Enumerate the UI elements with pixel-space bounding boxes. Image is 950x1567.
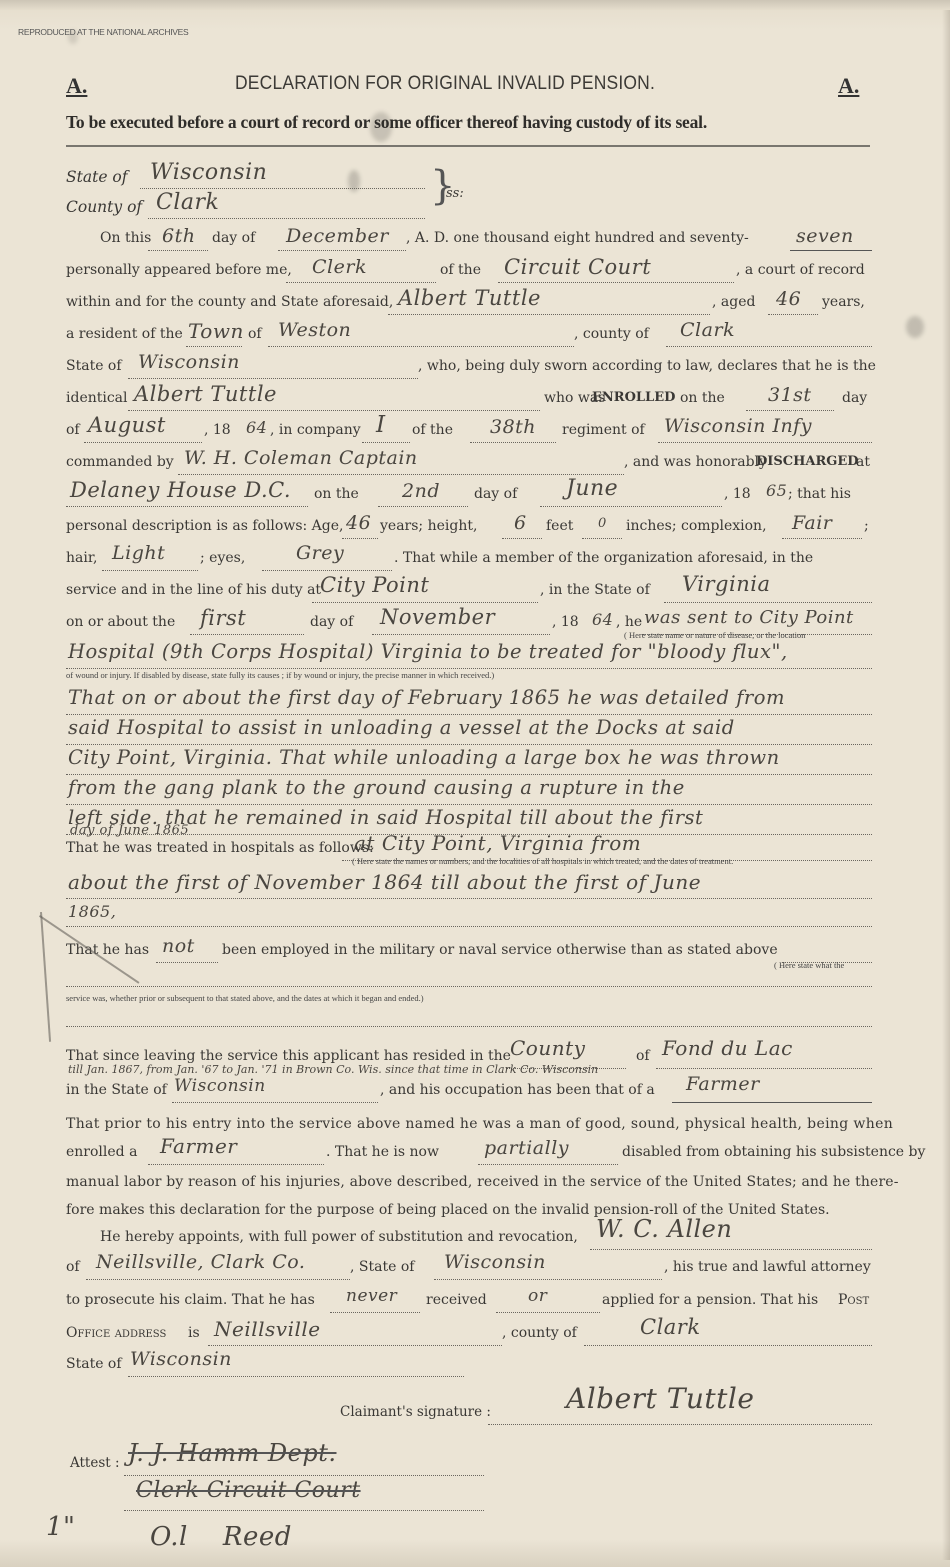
enroll-day-field[interactable]: 31st xyxy=(768,384,812,406)
complexion-field[interactable]: Fair xyxy=(792,512,832,534)
incident-year-field[interactable]: 64 xyxy=(592,610,613,629)
attorney-city-field[interactable]: Neillsville, Clark Co. xyxy=(96,1251,305,1273)
claimant-age-field[interactable]: 46 xyxy=(776,288,801,310)
height-feet-field[interactable]: 6 xyxy=(514,512,527,534)
header-rule xyxy=(66,145,870,147)
incident-month-field[interactable]: November xyxy=(380,605,495,629)
narrative-text[interactable]: That on or about the first day of Februa… xyxy=(68,686,785,709)
residence-state-field[interactable]: Wisconsin xyxy=(174,1076,266,1096)
duty-state-field[interactable]: Virginia xyxy=(682,572,770,596)
discharge-month-field[interactable]: June xyxy=(566,476,618,501)
discharge-year-field[interactable]: 65 xyxy=(766,481,787,500)
note-hospitals: ( Here state the names or numbers, and t… xyxy=(352,856,733,866)
incident-day-field[interactable]: first xyxy=(200,606,246,630)
height-inches-field[interactable]: 0 xyxy=(598,516,607,531)
year-field[interactable]: seven xyxy=(796,225,854,247)
attorney-state-field[interactable]: Wisconsin xyxy=(444,1251,546,1273)
description-age-field[interactable]: 46 xyxy=(346,512,371,534)
commander-field[interactable]: W. H. Coleman Captain xyxy=(184,447,418,469)
occupation-field[interactable]: Farmer xyxy=(686,1073,760,1095)
incident-description-field-2[interactable]: Hospital (9th Corps Hospital) Virginia t… xyxy=(68,640,788,663)
incident-description-field[interactable]: was sent to City Point xyxy=(644,607,854,628)
hospitals-field-2[interactable]: about the first of November 1864 till ab… xyxy=(68,870,701,894)
page-subtitle: To be executed before a court of record … xyxy=(66,112,707,133)
hospitals-field-3[interactable]: 1865, xyxy=(68,902,116,921)
health-line-3: manual labor by reason of his injuries, … xyxy=(66,1174,899,1190)
ss-label: ss: xyxy=(446,186,464,201)
attest-title[interactable]: Clerk Circuit Court xyxy=(136,1478,361,1503)
enroll-month-field[interactable]: August xyxy=(88,413,166,437)
post-office-state-field[interactable]: Wisconsin xyxy=(130,1348,232,1370)
enroll-year-field[interactable]: 64 xyxy=(246,418,267,437)
residence-county-field[interactable]: Clark xyxy=(680,319,735,341)
court-field[interactable]: Circuit Court xyxy=(504,255,651,279)
narrative-text[interactable]: from the gang plank to the ground causin… xyxy=(68,776,685,799)
post-office-county-field[interactable]: Clark xyxy=(640,1315,701,1339)
company-field[interactable]: I xyxy=(376,412,386,438)
margin-note-1: 1" xyxy=(46,1512,76,1542)
officer-field[interactable]: Clerk xyxy=(312,256,367,278)
claimant-signature[interactable]: Albert Tuttle xyxy=(566,1382,754,1415)
narrative-text[interactable]: City Point, Virginia. That while unloadi… xyxy=(68,746,780,769)
pencil-mark xyxy=(40,912,51,1042)
residence-insert[interactable]: till Jan. 1867, from Jan. '67 to Jan. '7… xyxy=(68,1063,598,1076)
attorney-name-field[interactable]: W. C. Allen xyxy=(596,1215,732,1243)
note-disease: ( Here state name or nature of disease, … xyxy=(624,630,806,640)
disability-field[interactable]: partially xyxy=(484,1137,569,1159)
margin-note-2: O.l Reed xyxy=(150,1522,292,1552)
note-wound: of wound or injury. If disabled by disea… xyxy=(66,670,494,680)
received-field[interactable]: never xyxy=(346,1286,397,1306)
narrative-text[interactable]: said Hospital to assist in unloading a v… xyxy=(68,716,735,739)
attest-signature[interactable]: J. J. Hamm Dept. xyxy=(128,1439,337,1467)
applied-field[interactable]: or xyxy=(528,1286,547,1306)
post-office-field[interactable]: Neillsville xyxy=(214,1317,321,1341)
town-field[interactable]: Weston xyxy=(278,319,351,341)
document-page: REPRODUCED AT THE NATIONAL ARCHIVES A. A… xyxy=(0,0,950,1567)
residence-place-field[interactable]: Fond du Lac xyxy=(662,1036,793,1060)
residence-type-field[interactable]: County xyxy=(510,1036,585,1060)
enrolled-occupation-field[interactable]: Farmer xyxy=(160,1134,237,1158)
month-field[interactable]: December xyxy=(286,225,389,247)
paper-right-edge xyxy=(942,10,950,1560)
municipality-type-field[interactable]: Town xyxy=(188,319,244,343)
discharge-place-field[interactable]: Delaney House D.C. xyxy=(70,478,291,502)
regiment-number-field[interactable]: 38th xyxy=(490,416,536,438)
other-service-field[interactable]: not xyxy=(162,935,195,957)
smudge-mark xyxy=(68,30,78,44)
regiment-field[interactable]: Wisconsin Infy xyxy=(664,415,812,437)
health-line-1: That prior to his entry into the service… xyxy=(66,1116,893,1132)
ink-blot xyxy=(906,316,924,338)
hair-field[interactable]: Light xyxy=(112,542,165,564)
form-letter-left: A. xyxy=(66,73,87,99)
day-field[interactable]: 6th xyxy=(162,225,195,247)
venue-state-field[interactable]: Wisconsin xyxy=(150,160,267,185)
paper-top-edge xyxy=(0,0,950,10)
form-letter-right: A. xyxy=(838,73,859,99)
page-title: DECLARATION FOR ORIGINAL INVALID PENSION… xyxy=(235,73,655,95)
claimant-name-field[interactable]: Albert Tuttle xyxy=(398,286,541,310)
note-service: service was, whether prior or subsequent… xyxy=(66,993,424,1003)
identical-name-field[interactable]: Albert Tuttle xyxy=(134,382,277,406)
discharge-day-field[interactable]: 2nd xyxy=(402,480,440,502)
venue-county-field[interactable]: Clark xyxy=(156,190,219,215)
archive-stamp: REPRODUCED AT THE NATIONAL ARCHIVES xyxy=(18,27,188,37)
residence-state-field[interactable]: Wisconsin xyxy=(138,351,240,373)
eyes-field[interactable]: Grey xyxy=(296,542,344,564)
narrative-insert[interactable]: day of June 1865 xyxy=(70,823,189,838)
duty-place-field[interactable]: City Point xyxy=(320,573,429,597)
hospitals-field[interactable]: at City Point, Virginia from xyxy=(354,831,641,855)
